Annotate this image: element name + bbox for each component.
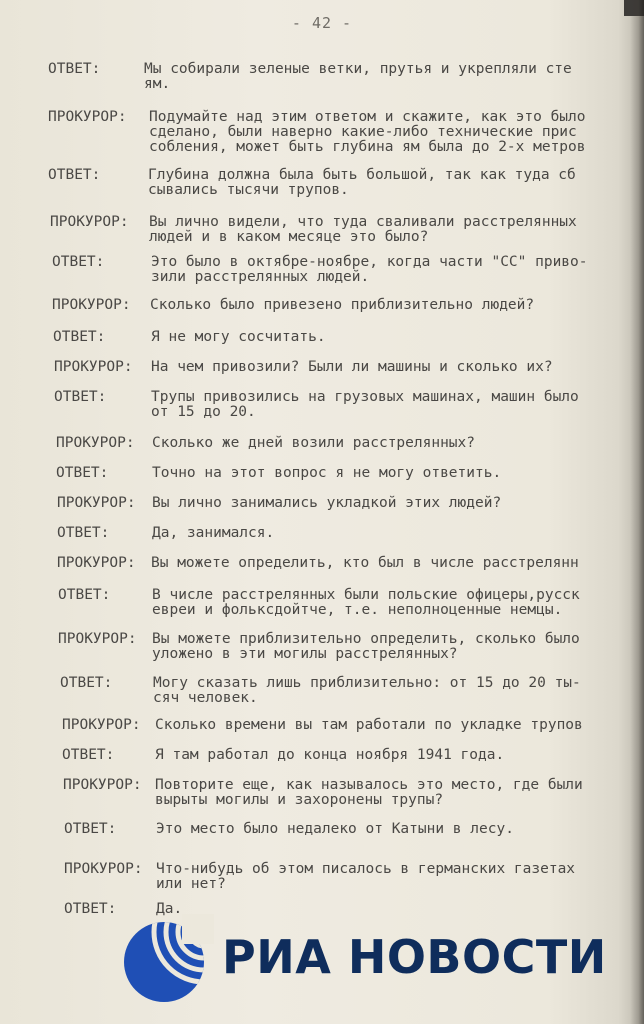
- text-line: Глубина должна была быть большой, так ка…: [148, 168, 576, 183]
- text-line: или нет?: [156, 877, 575, 892]
- utterance-text: Глубина должна была быть большой, так ка…: [148, 168, 576, 198]
- speaker-label: ОТВЕТ:: [62, 748, 114, 763]
- text-line: Я не могу сосчитать.: [151, 330, 326, 345]
- utterance-text: Вы лично видели, что туда сваливали расс…: [149, 215, 577, 245]
- utterance-text: Мы собирали зеленые ветки, прутья и укре…: [144, 62, 572, 92]
- speaker-label: ОТВЕТ:: [52, 255, 104, 270]
- utterance-text: Вы можете приблизительно определить, ско…: [152, 632, 580, 662]
- speaker-label: ПРОКУРОР:: [64, 862, 143, 877]
- text-line: Могу сказать лишь приблизительно: от 15 …: [153, 676, 581, 691]
- text-line: от 15 до 20.: [151, 405, 579, 420]
- speaker-label: ПРОКУРОР:: [56, 436, 135, 451]
- text-line: Я там работал до конца ноября 1941 года.: [155, 748, 504, 763]
- text-line: евреи и фольксдойтче, т.е. неполноценные…: [152, 603, 580, 618]
- utterance-text: Повторите еще, как называлось это место,…: [155, 778, 583, 808]
- speaker-label: ПРОКУРОР:: [57, 556, 136, 571]
- text-line: сделано, были наверно какие-либо техниче…: [149, 125, 586, 140]
- text-line: зили расстрелянных людей.: [151, 270, 588, 285]
- text-line: людей и в каком месяце это было?: [149, 230, 577, 245]
- speaker-label: ОТВЕТ:: [58, 588, 110, 603]
- text-line: сяч человек.: [153, 691, 581, 706]
- utterance-text: Трупы привозились на грузовых машинах, м…: [151, 390, 579, 420]
- speaker-label: ОТВЕТ:: [48, 62, 100, 77]
- utterance-text: Сколько времени вы там работали по уклад…: [155, 718, 583, 733]
- speaker-label: ОТВЕТ:: [60, 676, 112, 691]
- text-line: Точно на этот вопрос я не могу ответить.: [152, 466, 501, 481]
- utterance-text: На чем привозили? Были ли машины и сколь…: [151, 360, 553, 375]
- text-line: В числе расстрелянных были польские офиц…: [152, 588, 580, 603]
- text-line: Мы собирали зеленые ветки, прутья и укре…: [144, 62, 572, 77]
- utterance-text: Это было в октябре-ноябре, когда части "…: [151, 255, 588, 285]
- utterance-text: Вы лично занимались укладкой этих людей?: [152, 496, 501, 511]
- text-line: Сколько было привезено приблизительно лю…: [150, 298, 534, 313]
- utterance-text: В числе расстрелянных были польские офиц…: [152, 588, 580, 618]
- speaker-label: ОТВЕТ:: [56, 466, 108, 481]
- speaker-label: ОТВЕТ:: [48, 168, 100, 183]
- utterance-text: Подумайте над этим ответом и скажите, ка…: [149, 110, 586, 155]
- utterance-text: Это место было недалеко от Катыни в лесу…: [156, 822, 514, 837]
- speaker-label: ПРОКУРОР:: [48, 110, 127, 125]
- text-line: Подумайте над этим ответом и скажите, ка…: [149, 110, 586, 125]
- speaker-label: ПРОКУРОР:: [62, 718, 141, 733]
- utterance-text: Сколько было привезено приблизительно лю…: [150, 298, 534, 313]
- speaker-label: ПРОКУРОР:: [58, 632, 137, 647]
- text-line: Сколько же дней возили расстрелянных?: [152, 436, 475, 451]
- utterance-text: Сколько же дней возили расстрелянных?: [152, 436, 475, 451]
- utterance-text: Что-нибудь об этом писалось в германских…: [156, 862, 575, 892]
- page-edge-shadow: [630, 0, 644, 1024]
- text-line: уложено в эти могилы расстрелянных?: [152, 647, 580, 662]
- speaker-label: ОТВЕТ:: [53, 330, 105, 345]
- text-line: вырыты могилы и захоронены трупы?: [155, 793, 583, 808]
- speaker-label: ОТВЕТ:: [54, 390, 106, 405]
- text-line: Трупы привозились на грузовых машинах, м…: [151, 390, 579, 405]
- speaker-label: ОТВЕТ:: [64, 902, 116, 917]
- text-line: Вы лично видели, что туда сваливали расс…: [149, 215, 577, 230]
- text-line: Повторите еще, как называлось это место,…: [155, 778, 583, 793]
- ria-globe-icon: [122, 914, 214, 1002]
- utterance-text: Да, занимался.: [152, 526, 274, 541]
- text-line: Да, занимался.: [152, 526, 274, 541]
- text-line: Вы можете приблизительно определить, ско…: [152, 632, 580, 647]
- text-line: Это место было недалеко от Катыни в лесу…: [156, 822, 514, 837]
- watermark-text: РИА НОВОСТИ: [222, 930, 607, 984]
- speaker-label: ПРОКУРОР:: [63, 778, 142, 793]
- text-line: На чем привозили? Были ли машины и сколь…: [151, 360, 553, 375]
- text-line: Сколько времени вы там работали по уклад…: [155, 718, 583, 733]
- text-line: Вы можете определить, кто был в числе ра…: [151, 556, 579, 571]
- text-line: ям.: [144, 77, 572, 92]
- utterance-text: Я там работал до конца ноября 1941 года.: [155, 748, 504, 763]
- text-line: Вы лично занимались укладкой этих людей?: [152, 496, 501, 511]
- speaker-label: ПРОКУРОР:: [57, 496, 136, 511]
- speaker-label: ПРОКУРОР:: [50, 215, 129, 230]
- document-page: - 42 - ОТВЕТ:Мы собирали зеленые ветки, …: [0, 0, 644, 1024]
- utterance-text: Точно на этот вопрос я не могу ответить.: [152, 466, 501, 481]
- page-number: - 42 -: [0, 14, 644, 32]
- utterance-text: Я не могу сосчитать.: [151, 330, 326, 345]
- text-line: Это было в октябре-ноябре, когда части "…: [151, 255, 588, 270]
- speaker-label: ПРОКУРОР:: [54, 360, 133, 375]
- text-line: собления, может быть глубина ям была до …: [149, 140, 586, 155]
- speaker-label: ОТВЕТ:: [57, 526, 109, 541]
- utterance-text: Могу сказать лишь приблизительно: от 15 …: [153, 676, 581, 706]
- text-line: Что-нибудь об этом писалось в германских…: [156, 862, 575, 877]
- speaker-label: ОТВЕТ:: [64, 822, 116, 837]
- text-line: сывались тысячи трупов.: [148, 183, 576, 198]
- utterance-text: Вы можете определить, кто был в числе ра…: [151, 556, 579, 571]
- watermark-logo: РИА НОВОСТИ: [122, 914, 622, 1002]
- speaker-label: ПРОКУРОР:: [52, 298, 131, 313]
